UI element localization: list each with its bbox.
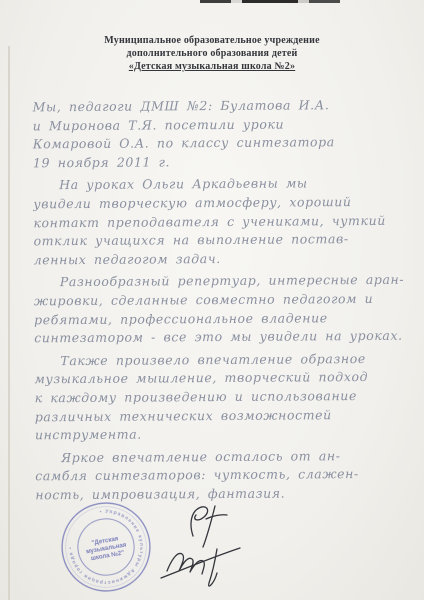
scanned-document-page: Муниципальное образовательное учреждение…: [0, 0, 424, 600]
signatures: [0, 0, 424, 600]
signature-1: [191, 506, 227, 547]
signature-2: [161, 548, 240, 586]
